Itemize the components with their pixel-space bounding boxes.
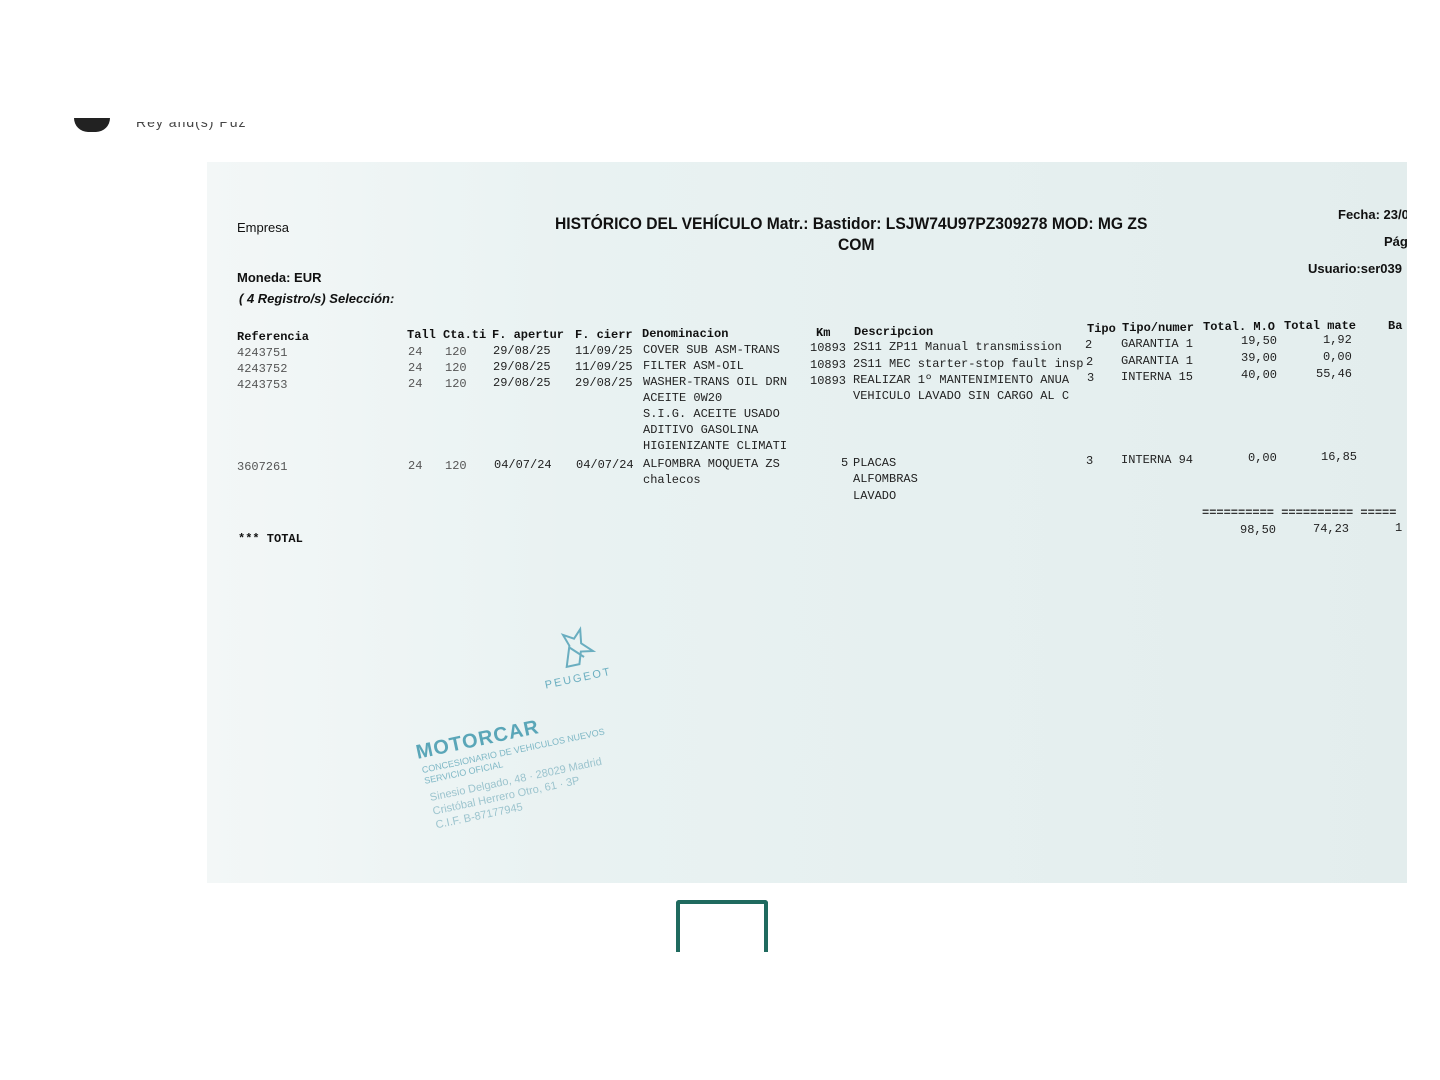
cell-referencia: 4243752 bbox=[237, 362, 287, 376]
staple-mark bbox=[676, 900, 768, 952]
cell-denominacion: WASHER-TRANS OIL DRN bbox=[643, 375, 787, 389]
fecha-label: Fecha: 23/0 bbox=[1338, 207, 1407, 222]
cell-tall: 24 bbox=[408, 345, 422, 359]
header-denominacion: Denominacion bbox=[642, 327, 728, 341]
header-f-cierre: F. cierr bbox=[575, 328, 633, 342]
header-tipo-numero: Tipo/numer bbox=[1122, 321, 1194, 335]
avatar bbox=[74, 118, 110, 132]
cell-f-cierre: 29/08/25 bbox=[575, 376, 633, 390]
total-label: *** TOTAL bbox=[238, 532, 303, 546]
cell-total-mo: 19,50 bbox=[1241, 334, 1277, 348]
cell-denominacion: chalecos bbox=[643, 473, 701, 487]
total-mo-value: 98,50 bbox=[1240, 523, 1276, 537]
header-total-mat: Total mate bbox=[1284, 319, 1356, 333]
cell-total-mo: 39,00 bbox=[1241, 351, 1277, 365]
cell-descripcion: VEHICULO LAVADO SIN CARGO AL C bbox=[853, 389, 1069, 403]
total-mat-value: 74,23 bbox=[1313, 522, 1349, 536]
header-tall: Tall bbox=[407, 328, 436, 342]
cell-descripcion: PLACAS bbox=[853, 456, 896, 470]
dealer-stamp: PEUGEOT MOTORCAR CONCESIONARIO DE VEHICU… bbox=[397, 608, 693, 858]
header-cta: Cta.ti bbox=[443, 328, 486, 342]
header-ba: Ba bbox=[1388, 319, 1402, 333]
cell-f-cierre: 04/07/24 bbox=[576, 458, 634, 472]
cell-total-mat: 16,85 bbox=[1321, 450, 1357, 464]
cell-descripcion: REALIZAR 1º MANTENIMIENTO ANUA bbox=[853, 373, 1069, 387]
cell-tipo: 3 bbox=[1087, 371, 1094, 385]
cell-tall: 24 bbox=[408, 459, 422, 473]
pagina-label: Pág bbox=[1384, 234, 1407, 249]
cell-referencia: 4243751 bbox=[237, 346, 287, 360]
cell-referencia: 4243753 bbox=[237, 378, 287, 392]
cell-total-mat: 1,92 bbox=[1323, 333, 1352, 347]
cell-descripcion: LAVADO bbox=[853, 489, 896, 503]
cell-total-mo: 40,00 bbox=[1241, 368, 1277, 382]
cell-tipo: 3 bbox=[1086, 454, 1093, 468]
cell-f-cierre: 11/09/25 bbox=[575, 360, 633, 374]
cell-km: 10893 bbox=[810, 358, 846, 372]
empresa-label: Empresa bbox=[237, 220, 289, 235]
usuario-label: Usuario:ser039 bbox=[1308, 261, 1402, 276]
total-ba-value: 1 bbox=[1395, 521, 1402, 535]
cell-tipo: 2 bbox=[1086, 355, 1093, 369]
cell-tipo: 2 bbox=[1085, 338, 1092, 352]
report-title: HISTÓRICO DEL VEHÍCULO Matr.: Bastidor: … bbox=[555, 214, 1147, 234]
cell-total-mat: 0,00 bbox=[1323, 350, 1352, 364]
header-total-mo: Total. M.O bbox=[1203, 320, 1275, 334]
cell-denominacion: ADITIVO GASOLINA bbox=[643, 423, 758, 437]
cell-tipo-numero: INTERNA 94 bbox=[1121, 453, 1193, 467]
cell-km: 10893 bbox=[810, 374, 846, 388]
cell-km: 10893 bbox=[810, 341, 846, 355]
moneda-label: Moneda: EUR bbox=[237, 270, 322, 285]
cell-tipo-numero: INTERNA 15 bbox=[1121, 370, 1193, 384]
cell-f-apertura: 29/08/25 bbox=[493, 344, 551, 358]
cell-descripcion: 2S11 MEC starter-stop fault insp bbox=[853, 357, 1083, 371]
cell-referencia: 3607261 bbox=[237, 460, 287, 474]
cell-cta: 120 bbox=[445, 345, 467, 359]
cell-total-mo: 0,00 bbox=[1248, 451, 1277, 465]
cell-total-mat: 55,46 bbox=[1316, 367, 1352, 381]
header-f-apertura: F. apertur bbox=[492, 328, 564, 342]
cell-f-cierre: 11/09/25 bbox=[575, 344, 633, 358]
cell-denominacion: FILTER ASM-OIL bbox=[643, 359, 744, 373]
cell-cta: 120 bbox=[445, 361, 467, 375]
header-referencia: Referencia bbox=[237, 330, 309, 344]
scanned-document: Empresa HISTÓRICO DEL VEHÍCULO Matr.: Ba… bbox=[207, 162, 1407, 883]
header-tipo: Tipo bbox=[1087, 322, 1116, 336]
report-title-continued: COM bbox=[838, 235, 874, 255]
cropped-header-strip: Rey and(s) Puz bbox=[70, 112, 290, 138]
cell-tall: 24 bbox=[408, 377, 422, 391]
cell-tipo-numero: GARANTIA 1 bbox=[1121, 354, 1193, 368]
cell-f-apertura: 29/08/25 bbox=[493, 376, 551, 390]
cell-tall: 24 bbox=[408, 361, 422, 375]
cell-descripcion: 2S11 ZP11 Manual transmission bbox=[853, 340, 1062, 354]
cell-cta: 120 bbox=[445, 377, 467, 391]
cell-cta: 120 bbox=[445, 459, 467, 473]
cell-denominacion: COVER SUB ASM-TRANS bbox=[643, 343, 780, 357]
cell-descripcion: ALFOMBRAS bbox=[853, 472, 918, 486]
cell-denominacion: HIGIENIZANTE CLIMATI bbox=[643, 439, 787, 453]
cell-denominacion: S.I.G. ACEITE USADO bbox=[643, 407, 780, 421]
cropped-header-text: Rey and(s) Puz bbox=[136, 114, 246, 130]
cell-denominacion: ALFOMBRA MOQUETA ZS bbox=[643, 457, 780, 471]
cell-f-apertura: 04/07/24 bbox=[494, 458, 552, 472]
cell-denominacion: ACEITE 0W20 bbox=[643, 391, 722, 405]
header-descripcion: Descripcion bbox=[854, 325, 933, 339]
header-km: Km bbox=[816, 326, 830, 340]
totals-separator: ========== ========== ===== bbox=[1202, 506, 1396, 520]
cell-tipo-numero: GARANTIA 1 bbox=[1121, 337, 1193, 351]
cell-f-apertura: 29/08/25 bbox=[493, 360, 551, 374]
seleccion-label: ( 4 Registro/s) Selección: bbox=[239, 291, 394, 306]
cell-km: 5 bbox=[841, 456, 848, 470]
